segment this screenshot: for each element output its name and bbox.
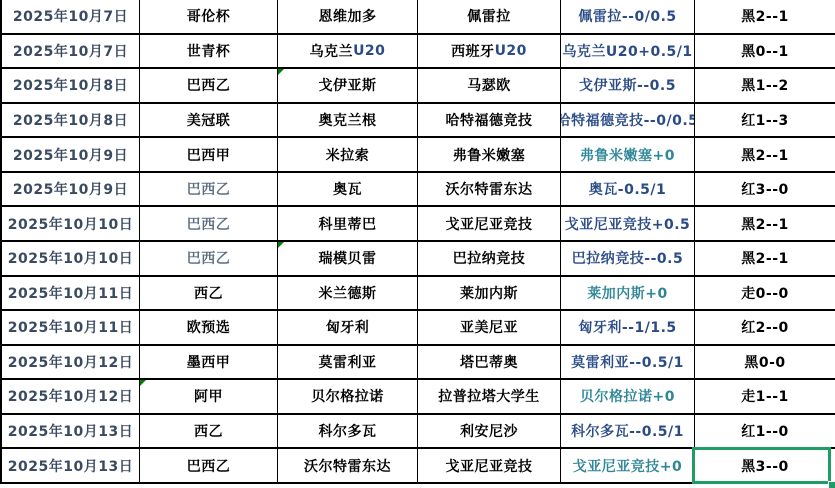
cell-handicap[interactable]: 奥瓦-0.5/1 — [561, 173, 695, 208]
cell-text: 巴拉纳竞技--0.5 — [572, 248, 683, 268]
cell-home-team[interactable]: 沃尔特雷东达 — [278, 449, 418, 484]
cell-league[interactable]: 美冠联 — [140, 104, 278, 139]
cell-away-team[interactable]: 马瑟欧 — [418, 69, 561, 104]
cell-handicap[interactable]: 贝尔格拉诺+0 — [561, 380, 695, 415]
cell-text: 哈特福德竞技 — [446, 110, 533, 130]
cell-away-team[interactable]: 巴拉纳竞技 — [418, 242, 561, 277]
cell-text: U20 — [353, 43, 385, 59]
cell-text: 沃尔特雷东达 — [304, 456, 391, 476]
cell-text: 亚美尼亚 — [460, 317, 518, 337]
cell-home-team[interactable]: 米兰德斯 — [278, 277, 418, 312]
cell-text: 戈伊亚斯--0.5 — [579, 75, 676, 95]
cell-date[interactable]: 2025年10月7日 — [0, 35, 140, 70]
cell-result[interactable]: 黑2--1 — [695, 0, 835, 35]
cell-handicap[interactable]: 戈亚尼亚竞技+0 — [561, 449, 695, 484]
cell-text: 巴西乙 — [187, 248, 231, 268]
cell-text: 贝尔格拉诺+0 — [580, 386, 675, 406]
cell-date[interactable]: 2025年10月8日 — [0, 69, 140, 104]
cell-date[interactable]: 2025年10月11日 — [0, 311, 140, 346]
cell-text: 红1--0 — [741, 421, 789, 441]
cell-home-team[interactable]: 科里蒂巴 — [278, 207, 418, 242]
cell-league[interactable]: 巴西乙 — [140, 449, 278, 484]
cell-date[interactable]: 2025年10月13日 — [0, 449, 140, 484]
cell-date[interactable]: 2025年10月11日 — [0, 277, 140, 312]
cell-away-team[interactable]: 弗鲁米嫩塞 — [418, 138, 561, 173]
cell-text: 走0--0 — [741, 283, 789, 303]
cell-text: 墨西甲 — [187, 352, 231, 372]
cell-home-team[interactable]: 乌克兰U20 — [278, 35, 418, 70]
cell-text: 世青杯 — [187, 41, 231, 61]
cell-home-team[interactable]: 瑞模贝雷 — [278, 242, 418, 277]
cell-text: 阿甲 — [194, 386, 223, 406]
cell-home-team[interactable]: 戈伊亚斯 — [278, 69, 418, 104]
cell-text: 戈伊亚斯 — [319, 75, 377, 95]
cell-text: 利安尼沙 — [460, 421, 518, 441]
cell-home-team[interactable]: 贝尔格拉诺 — [278, 380, 418, 415]
cell-result[interactable]: 红1--3 — [695, 104, 835, 139]
cell-text: 塔巴蒂奥 — [460, 352, 518, 372]
cell-text: 黑2--1 — [741, 145, 789, 165]
cell-handicap[interactable]: 弗鲁米嫩塞+0 — [561, 138, 695, 173]
cell-text: 2025年10月10日 — [8, 214, 133, 234]
cell-text: 2025年10月11日 — [8, 317, 133, 337]
cell-date[interactable]: 2025年10月10日 — [0, 242, 140, 277]
cell-text: 马瑟欧 — [467, 75, 511, 95]
cell-text: 黑2--1 — [741, 214, 789, 234]
cell-league[interactable]: 巴西甲 — [140, 138, 278, 173]
cell-text: 黑0--1 — [741, 41, 789, 61]
cell-text: 佩雷拉--0/0.5 — [578, 6, 676, 26]
cell-league[interactable]: 世青杯 — [140, 35, 278, 70]
cell-handicap[interactable]: 佩雷拉--0/0.5 — [561, 0, 695, 35]
cell-text: 奥瓦-0.5/1 — [589, 179, 666, 199]
cell-away-team[interactable]: 戈亚尼亚竞技 — [418, 207, 561, 242]
cell-handicap[interactable]: 戈伊亚斯--0.5 — [561, 69, 695, 104]
cell-text: 2025年10月7日 — [13, 41, 128, 61]
cell-league[interactable]: 墨西甲 — [140, 346, 278, 381]
cell-text: 黑1--2 — [741, 75, 789, 95]
cell-result[interactable]: 黑0-0 — [695, 346, 835, 381]
cell-text: 科里蒂巴 — [319, 214, 377, 234]
cell-handicap[interactable]: 戈亚尼亚竞技+0.5 — [561, 207, 695, 242]
cell-away-team[interactable]: 塔巴蒂奥 — [418, 346, 561, 381]
cell-home-team[interactable]: 奥瓦 — [278, 173, 418, 208]
cell-text: 莱加内斯 — [460, 283, 518, 303]
cell-result[interactable]: 走1--1 — [695, 380, 835, 415]
cell-away-team[interactable]: 莱加内斯 — [418, 277, 561, 312]
cell-text: 米兰德斯 — [319, 283, 377, 303]
cell-away-team[interactable]: 戈亚尼亚竞技 — [418, 449, 561, 484]
cell-text: 2025年10月13日 — [8, 421, 133, 441]
cell-text: 哈特福德竞技--0/0.5 — [561, 110, 695, 130]
cell-text: 匈牙利--1/1.5 — [578, 317, 676, 337]
error-flag-triangle-icon — [140, 380, 146, 386]
cell-text: 巴西乙 — [187, 179, 231, 199]
cell-home-team[interactable]: 匈牙利 — [278, 311, 418, 346]
spreadsheet-screenshot: 2025年10月7日哥伦杯恩维加多佩雷拉佩雷拉--0/0.5黑2--12025年… — [0, 0, 835, 488]
cell-date[interactable]: 2025年10月13日 — [0, 415, 140, 450]
cell-text: 哥伦杯 — [187, 6, 231, 26]
cell-text: 拉普拉塔大学生 — [438, 386, 540, 406]
cell-text: 奥克兰根 — [319, 110, 377, 130]
cell-result[interactable]: 红3--0 — [695, 173, 835, 208]
error-flag-triangle-icon — [278, 242, 284, 248]
cell-text: 巴西乙 — [187, 214, 231, 234]
cell-text: 2025年10月11日 — [8, 283, 133, 303]
cell-handicap[interactable]: 匈牙利--1/1.5 — [561, 311, 695, 346]
cell-text: 2025年10月8日 — [13, 110, 128, 130]
cell-away-team[interactable]: 哈特福德竞技 — [418, 104, 561, 139]
cell-home-team[interactable]: 科尔多瓦 — [278, 415, 418, 450]
cell-text: 2025年10月8日 — [13, 75, 128, 95]
cell-home-team[interactable]: 奥克兰根 — [278, 104, 418, 139]
cell-text: 乌克兰 — [310, 41, 354, 61]
cell-league[interactable]: 欧预选 — [140, 311, 278, 346]
cell-away-team[interactable]: 佩雷拉 — [418, 0, 561, 35]
cell-text: 米拉索 — [326, 145, 370, 165]
cell-text: 巴西甲 — [187, 145, 231, 165]
cell-text: 沃尔特雷东达 — [446, 179, 533, 199]
selection-fill-handle[interactable] — [828, 481, 835, 488]
cell-text: 恩维加多 — [319, 6, 377, 26]
cell-result[interactable]: 红1--0 — [695, 415, 835, 450]
error-flag-triangle-icon — [278, 69, 284, 75]
cell-text: 西乙 — [194, 283, 223, 303]
cell-league[interactable]: 阿甲 — [140, 380, 278, 415]
cell-league[interactable]: 哥伦杯 — [140, 0, 278, 35]
cell-handicap[interactable]: 莫雷利亚--0.5/1 — [561, 346, 695, 381]
cell-date[interactable]: 2025年10月8日 — [0, 104, 140, 139]
cell-result[interactable]: 黑0--1 — [695, 35, 835, 70]
cell-text: 巴西乙 — [187, 75, 231, 95]
cell-text: 巴拉纳竞技 — [453, 248, 526, 268]
cell-text: 西乙 — [194, 421, 223, 441]
cell-result[interactable]: 黑3--0 — [695, 449, 835, 484]
cell-handicap[interactable]: 莱加内斯+0 — [561, 277, 695, 312]
cell-text: 2025年10月12日 — [8, 386, 133, 406]
cell-date[interactable]: 2025年10月7日 — [0, 0, 140, 35]
cell-text: 红1--3 — [741, 110, 789, 130]
cell-result[interactable]: 黑2--1 — [695, 242, 835, 277]
cell-date[interactable]: 2025年10月9日 — [0, 173, 140, 208]
cell-text: 走1--1 — [741, 386, 789, 406]
cell-text: 黑2--1 — [741, 6, 789, 26]
cell-handicap[interactable]: 科尔多瓦--0.5/1 — [561, 415, 695, 450]
cell-home-team[interactable]: 恩维加多 — [278, 0, 418, 35]
cell-text: 2025年10月12日 — [8, 352, 133, 372]
cell-text: 匈牙利 — [326, 317, 370, 337]
cell-result[interactable]: 黑2--1 — [695, 138, 835, 173]
cell-date[interactable]: 2025年10月9日 — [0, 138, 140, 173]
cell-league[interactable]: 巴西乙 — [140, 207, 278, 242]
cell-text: 奥瓦 — [333, 179, 362, 199]
cell-text: 莱加内斯+0 — [587, 283, 667, 303]
cell-text: 2025年10月13日 — [8, 456, 133, 476]
cell-text: 黑0-0 — [744, 352, 785, 372]
cell-league[interactable]: 西乙 — [140, 415, 278, 450]
cell-text: 科尔多瓦 — [319, 421, 377, 441]
cell-text: 戈亚尼亚竞技+0.5 — [565, 214, 691, 234]
cell-text: 弗鲁米嫩塞+0 — [580, 145, 675, 165]
cell-result[interactable]: 黑1--2 — [695, 69, 835, 104]
cell-text: 戈亚尼亚竞技+0 — [573, 456, 682, 476]
cell-home-team[interactable]: 莫雷利亚 — [278, 346, 418, 381]
cell-text: 欧预选 — [187, 317, 231, 337]
cell-away-team[interactable]: 拉普拉塔大学生 — [418, 380, 561, 415]
cell-away-team[interactable]: 亚美尼亚 — [418, 311, 561, 346]
cell-text: 贝尔格拉诺 — [311, 386, 384, 406]
cell-text: 莫雷利亚--0.5/1 — [571, 352, 684, 372]
cell-away-team[interactable]: 西班牙U20 — [418, 35, 561, 70]
cell-text: 2025年10月10日 — [8, 248, 133, 268]
cell-text: 美冠联 — [187, 110, 231, 130]
cell-text: 佩雷拉 — [467, 6, 511, 26]
cell-result[interactable]: 红2--0 — [695, 311, 835, 346]
cell-handicap[interactable]: 哈特福德竞技--0/0.5 — [561, 104, 695, 139]
cell-text: 瑞模贝雷 — [319, 248, 377, 268]
cell-text: 弗鲁米嫩塞 — [453, 145, 526, 165]
cell-text: 2025年10月7日 — [13, 6, 128, 26]
cell-result[interactable]: 黑2--1 — [695, 207, 835, 242]
cell-league[interactable]: 巴西乙 — [140, 69, 278, 104]
cell-handicap[interactable]: 乌克兰U20+0.5/1 — [561, 35, 695, 70]
cell-date[interactable]: 2025年10月10日 — [0, 207, 140, 242]
cell-league[interactable]: 巴西乙 — [140, 242, 278, 277]
cell-text: 黑3--0 — [741, 456, 789, 476]
cell-away-team[interactable]: 利安尼沙 — [418, 415, 561, 450]
cell-home-team[interactable]: 米拉索 — [278, 138, 418, 173]
cell-league[interactable]: 西乙 — [140, 277, 278, 312]
cell-league[interactable]: 巴西乙 — [140, 173, 278, 208]
cell-text: 红3--0 — [741, 179, 789, 199]
cell-text: 巴西乙 — [187, 456, 231, 476]
cell-text: 乌克兰U20+0.5/1 — [562, 41, 692, 61]
cell-text: 莫雷利亚 — [319, 352, 377, 372]
cell-result[interactable]: 走0--0 — [695, 277, 835, 312]
cell-text: 西班牙 — [451, 41, 495, 61]
cell-date[interactable]: 2025年10月12日 — [0, 380, 140, 415]
cell-away-team[interactable]: 沃尔特雷东达 — [418, 173, 561, 208]
cell-text: U20 — [495, 43, 527, 59]
cell-date[interactable]: 2025年10月12日 — [0, 346, 140, 381]
spreadsheet-table: 2025年10月7日哥伦杯恩维加多佩雷拉佩雷拉--0/0.5黑2--12025年… — [0, 0, 835, 484]
cell-text: 戈亚尼亚竞技 — [446, 214, 533, 234]
cell-text: 2025年10月9日 — [13, 179, 128, 199]
cell-text: 红2--0 — [741, 317, 789, 337]
cell-text: 2025年10月9日 — [13, 145, 128, 165]
cell-text: 黑2--1 — [741, 248, 789, 268]
cell-text: 科尔多瓦--0.5/1 — [571, 421, 684, 441]
cell-text: 戈亚尼亚竞技 — [446, 456, 533, 476]
cell-handicap[interactable]: 巴拉纳竞技--0.5 — [561, 242, 695, 277]
